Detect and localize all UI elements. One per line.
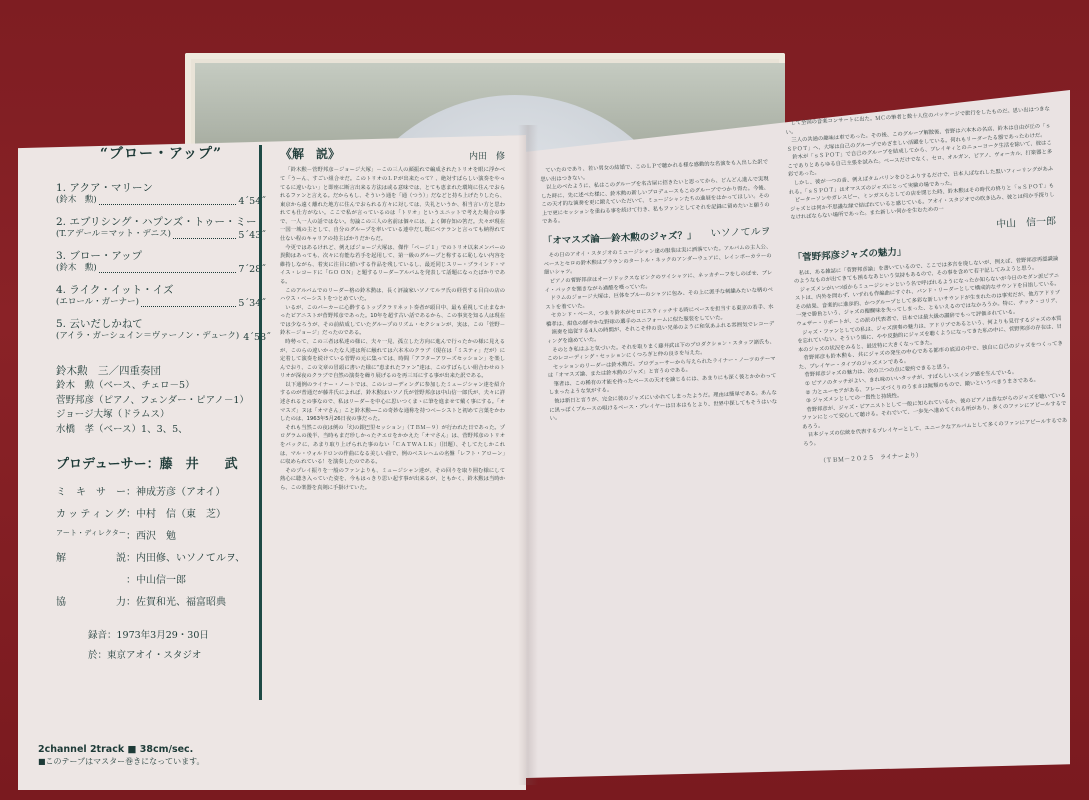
recording-info: 録音：1973年3月29・30日 於：東京アオイ・スタジオ	[56, 626, 266, 666]
section-author: いソノてルヲ	[711, 224, 771, 242]
commentary-heading: 《解 説》	[280, 145, 340, 164]
paragraph: そのプレイ振りを一般のファンよりも、ミュージシャン達が、その回りを取り囲む様にし…	[280, 467, 505, 493]
section-heading: 「オマスズ論──鈴木勲のジャズ？」	[543, 228, 697, 249]
track-composer: (T.アデール＝マット・デニス)	[56, 229, 171, 242]
middle-column: ていたのであり、若い男女の結婚で、このＬＰで聴かれる様な感動的な名演をも入出した…	[540, 158, 778, 423]
track-composer: (鈴木 勲)	[56, 195, 97, 208]
leader-dots	[141, 297, 236, 306]
paragraph: 今更ではあるけれど、例えばジョージ大塚は、傑作「ページ１」でのトリオ以来メンバー…	[280, 244, 505, 287]
liner-notes-booklet: “ブロー・アップ” 1. アクア・マリーン (鈴木 勲)4´54˝ 2. エブリ…	[18, 115, 1070, 785]
right-column: して全国の音楽コンサートに出た。ＭＣの筆者と数十人位のパッケージで旅行をしたもの…	[785, 105, 1069, 467]
staff-role: ミキサー	[56, 482, 126, 504]
staff-role: カッティング	[56, 504, 126, 526]
leader-dots	[99, 195, 237, 204]
track-title: エブリシング・ハプンズ・トゥー・ミー	[69, 216, 256, 228]
paragraph: 「鈴木勲－菅野邦彦－ジョージ大塚」－この三人の顔振れで編成されたトリオを眼に浮か…	[280, 166, 505, 243]
staff-row: アート・ディレクター：西沢 勉	[56, 526, 266, 548]
track-title: 云いだしかねて	[69, 318, 142, 330]
album-title: “ブロー・アップ”	[56, 145, 266, 165]
staff-name: 中村 信（東 芝）	[136, 504, 226, 526]
paragraph: それも当然この夜は例の「幻の銀巴里セッション」（ＴＢＭ－９）が行われた日であった…	[280, 424, 505, 467]
track-duration: 4´58˝	[243, 331, 271, 344]
tape-note: ■このテープはマスター巻きになっています。	[38, 756, 268, 767]
section-author: 中山 信一郎	[996, 214, 1057, 234]
booklet-spine	[518, 125, 538, 785]
track-item: 4. ライク・イット・イズ (エロール・ガーナー)5´34˝	[56, 283, 266, 311]
commentary-author: 内田 修	[469, 150, 505, 165]
track-item: 1. アクア・マリーン (鈴木 勲)4´54˝	[56, 181, 266, 209]
track-composer: (鈴木 勲)	[56, 263, 97, 276]
staff-role	[56, 570, 126, 592]
staff-name: 佐賀和光、福富昭典	[136, 592, 226, 614]
staff-role: 協 力	[56, 592, 126, 614]
track-number: 4.	[56, 284, 66, 296]
staff-name: 内田修、いソノてルヲ、	[136, 548, 245, 570]
staff-row: ミキサー：神成芳彦（アオイ）	[56, 482, 266, 504]
staff-row: 解 説：内田修、いソノてルヲ、	[56, 548, 266, 570]
recording-date: 録音：1973年3月29・30日	[88, 626, 266, 646]
recording-studio: 於：東京アオイ・スタジオ	[88, 646, 266, 666]
personnel-list: 鈴木勲 三／四重奏団 鈴木 勲（ベース、チェロ－5） 菅野邦彦（ピアノ、フェンダ…	[56, 363, 266, 438]
leader-dots	[99, 263, 237, 272]
paragraph: 時勢って、この三者は私達の様に、夫々一見、孤立した方向に進んで行ったかの様に見え…	[280, 338, 505, 381]
member: 鈴木 勲（ベース、チェロ－5）	[56, 379, 266, 394]
credits-column: “ブロー・アップ” 1. アクア・マリーン (鈴木 勲)4´54˝ 2. エブリ…	[56, 145, 266, 666]
track-number: 2.	[56, 216, 66, 228]
staff-name: 神成芳彦（アオイ）	[136, 482, 225, 504]
track-number: 1.	[56, 182, 66, 194]
paragraph: 以上のべたように、私はこのグループを名古屋に招きたいと思ってから、どんどん進んで…	[541, 175, 770, 227]
track-title: ブロー・アップ	[69, 250, 142, 262]
track-item: 5. 云いだしかねて (アイラ・ガーシュイン＝ヴァーノン・デューク)4´58˝	[56, 317, 266, 345]
group-name: 鈴木勲 三／四重奏団	[56, 363, 266, 379]
paragraph: いるが、このバーカーに心酔するトップクラリネット奏者が頭目中、最も重視して止まな…	[280, 304, 505, 338]
paragraph: このアルバムでのリーダー格の鈴木勲は、長く評論家いソノてルヲ氏の経営する目白の店…	[280, 287, 505, 304]
track-item: 2. エブリシング・ハプンズ・トゥー・ミー (T.アデール＝マット・デニス)5´…	[56, 215, 266, 243]
staff-row: カッティング：中村 信（東 芝）	[56, 504, 266, 526]
tape-info: 2channel 2track ■ 38cm/sec. ■このテープはマスター巻…	[38, 743, 268, 767]
staff-name: 西沢 勉	[136, 526, 176, 548]
commentary-header: 《解 説》 内田 修	[280, 145, 505, 164]
member: 菅野邦彦（ピアノ、フェンダー・ピアノ－1）	[56, 394, 266, 409]
staff-row: 協 力：佐賀和光、福富昭典	[56, 592, 266, 614]
track-title: ライク・イット・イズ	[69, 284, 173, 296]
track-title: アクア・マリーン	[69, 182, 152, 194]
commentary-column: 《解 説》 内田 修 「鈴木勲－菅野邦彦－ジョージ大塚」－この三人の顔振れで編成…	[280, 145, 505, 492]
track-number: 3.	[56, 250, 66, 262]
paragraph: 以下通例のライナー・ノートでは、このレコーディングに参加したミュージシャン達を紹…	[280, 381, 505, 424]
staff-row: ：中山信一郎	[56, 570, 266, 592]
track-composer: (アイラ・ガーシュイン＝ヴァーノン・デューク)	[56, 331, 239, 344]
leader-dots	[173, 229, 236, 238]
member: ジョージ大塚（ドラムス）	[56, 408, 266, 423]
tape-spec: 2channel 2track ■ 38cm/sec.	[38, 743, 268, 756]
staff-role: 解 説	[56, 548, 126, 570]
track-composer: (エロール・ガーナー)	[56, 297, 139, 310]
producer-credit: プロデューサー：藤 井 武	[56, 456, 266, 474]
staff-name: 中山信一郎	[136, 570, 186, 592]
column-divider-rule	[259, 145, 262, 700]
staff-role: アート・ディレクター	[56, 526, 126, 548]
staff-credits: ミキサー：神成芳彦（アオイ） カッティング：中村 信（東 芝） アート・ディレク…	[56, 482, 266, 614]
track-item: 3. ブロー・アップ (鈴木 勲)7´28˝	[56, 249, 266, 277]
track-number: 5.	[56, 318, 66, 330]
member: 水橋 孝（ベース）1、3、5、	[56, 423, 266, 438]
